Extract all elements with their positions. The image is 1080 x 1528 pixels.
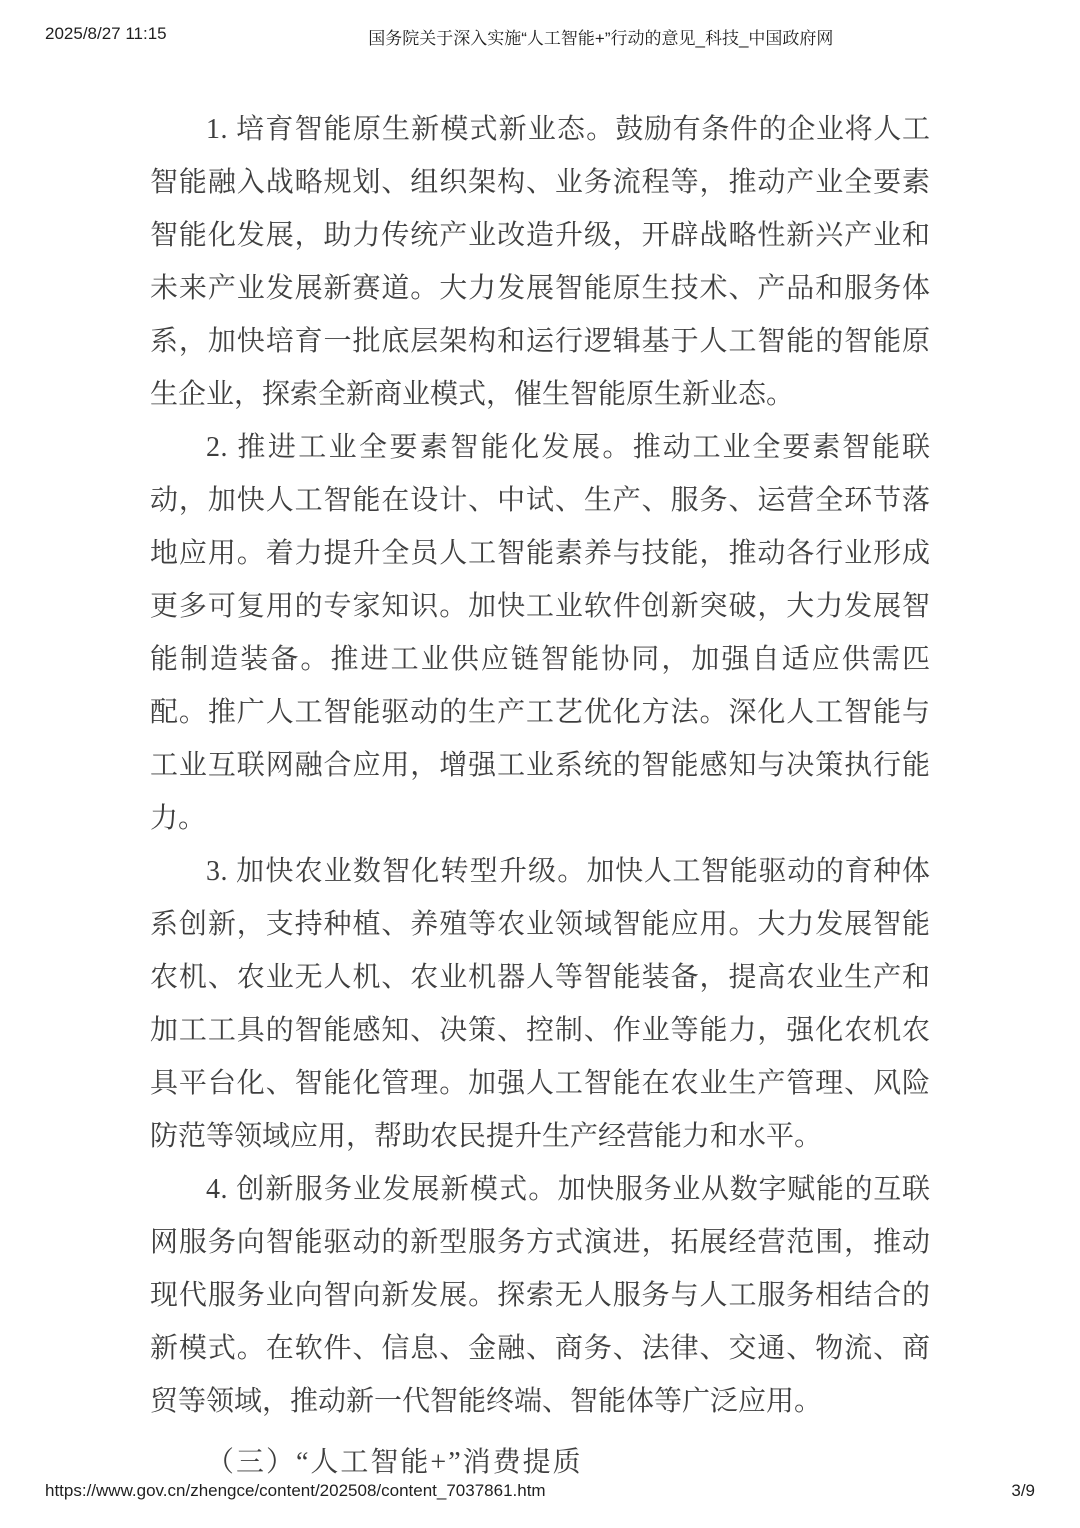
paragraph-1-lead: 1. 培育智能原生新模式新业态。 [206, 114, 615, 145]
paragraph-2: 2. 推进工业全要素智能化发展。推动工业全要素智能联动，加快人工智能在设计、中试… [150, 421, 930, 845]
paragraph-1: 1. 培育智能原生新模式新业态。鼓励有条件的企业将人工智能融入战略规划、组织架构… [150, 103, 930, 421]
paragraph-3-lead: 3. 加快农业数智化转型升级。 [206, 856, 586, 887]
print-timestamp: 2025/8/27 11:15 [45, 24, 167, 44]
paragraph-2-lead: 2. 推进工业全要素智能化发展。 [206, 432, 633, 463]
paragraph-4-text: 加快服务业从数字赋能的互联网服务向智能驱动的新型服务方式演进，拓展经营范围，推动… [150, 1174, 930, 1417]
paragraph-1-text: 鼓励有条件的企业将人工智能融入战略规划、组织架构、业务流程等，推动产业全要素智能… [150, 114, 930, 410]
paragraph-3-text: 加快人工智能驱动的育种体系创新，支持种植、养殖等农业领域智能应用。大力发展智能农… [150, 856, 930, 1152]
print-footer: https://www.gov.cn/zhengce/content/20250… [45, 1481, 1035, 1501]
paragraph-4: 4. 创新服务业发展新模式。加快服务业从数字赋能的互联网服务向智能驱动的新型服务… [150, 1163, 930, 1428]
print-header: 2025/8/27 11:15 国务院关于深入实施“人工智能+”行动的意见_科技… [45, 24, 1035, 49]
source-url: https://www.gov.cn/zhengce/content/20250… [45, 1481, 546, 1501]
page-number: 3/9 [1011, 1481, 1035, 1501]
paragraph-2-text: 推动工业全要素智能联动，加快人工智能在设计、中试、生产、服务、运营全环节落地应用… [150, 432, 930, 834]
paragraph-4-lead: 4. 创新服务业发展新模式。 [206, 1174, 558, 1205]
paragraph-3: 3. 加快农业数智化转型升级。加快人工智能驱动的育种体系创新，支持种植、养殖等农… [150, 845, 930, 1163]
document-body: 1. 培育智能原生新模式新业态。鼓励有条件的企业将人工智能融入战略规划、组织架构… [150, 103, 930, 1489]
page-title: 国务院关于深入实施“人工智能+”行动的意见_科技_中国政府网 [167, 24, 1035, 49]
